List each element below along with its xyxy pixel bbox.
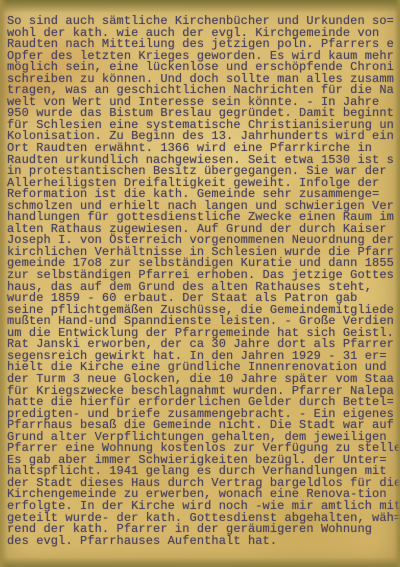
paper-edge-left xyxy=(0,0,7,567)
paper-edge-top xyxy=(0,0,400,13)
scanned-paper-page: So sind auch sämtliche Kirchenbücher und… xyxy=(0,0,400,567)
text-line: des evgl. Pfarrhauses Aufenthalt hat. xyxy=(7,536,400,548)
paper-edge-bottom xyxy=(0,557,400,567)
typewritten-text-block: So sind auch sämtliche Kirchenbücher und… xyxy=(7,16,400,547)
